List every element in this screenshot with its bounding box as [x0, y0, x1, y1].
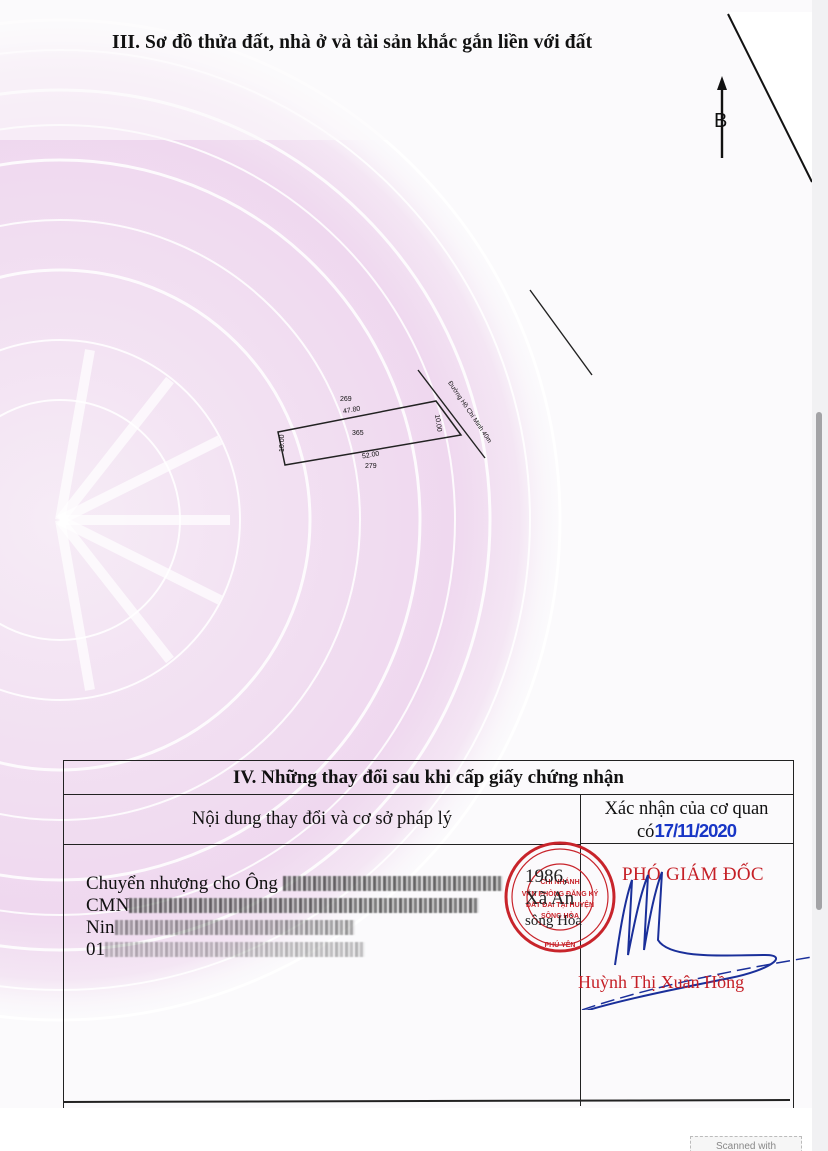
redacted-address — [115, 920, 355, 935]
neighbor-parcel-north: 269 — [340, 396, 352, 403]
redacted-number — [105, 942, 365, 957]
signer-name: Huỳnh Thị Xuân Hồng — [578, 972, 744, 993]
neighbor-parcel-south: 279 — [365, 463, 377, 470]
stamped-date: 17/11/2020 — [654, 820, 736, 841]
edge-west-length: 10.00 — [279, 434, 286, 452]
confirmation-header-line1: Xác nhận của cơ quan — [580, 798, 793, 820]
parcel-number: 365 — [352, 430, 364, 437]
scrollbar-thumb[interactable] — [816, 412, 822, 910]
scanned-certificate-page: III. Sơ đồ thửa đất, nhà ở và tài sản kh… — [0, 0, 812, 1108]
section-4-title: IV. Những thay đổi sau khi cấp giấy chứn… — [64, 761, 793, 795]
change-entry: Chuyển nhượng cho Ông CMN Nin 01 — [86, 873, 503, 961]
redacted-name — [283, 876, 503, 891]
redacted-id — [129, 898, 479, 913]
section-3-title: III. Sơ đồ thửa đất, nhà ở và tài sản kh… — [112, 32, 592, 54]
change-line-1: Chuyển nhượng cho Ông — [86, 873, 503, 895]
change-line-3: Nin — [86, 917, 503, 939]
change-line-4: 01 — [86, 939, 503, 961]
column-header-confirmation: Xác nhận của cơ quan có17/11/2020 — [580, 794, 793, 844]
change-line-2: CMN — [86, 895, 503, 917]
scanned-with-badge: Scanned with — [690, 1136, 802, 1151]
north-arrow-label: B — [714, 110, 727, 133]
column-header-change-content: Nội dung thay đổi và cơ sở pháp lý — [64, 794, 581, 845]
